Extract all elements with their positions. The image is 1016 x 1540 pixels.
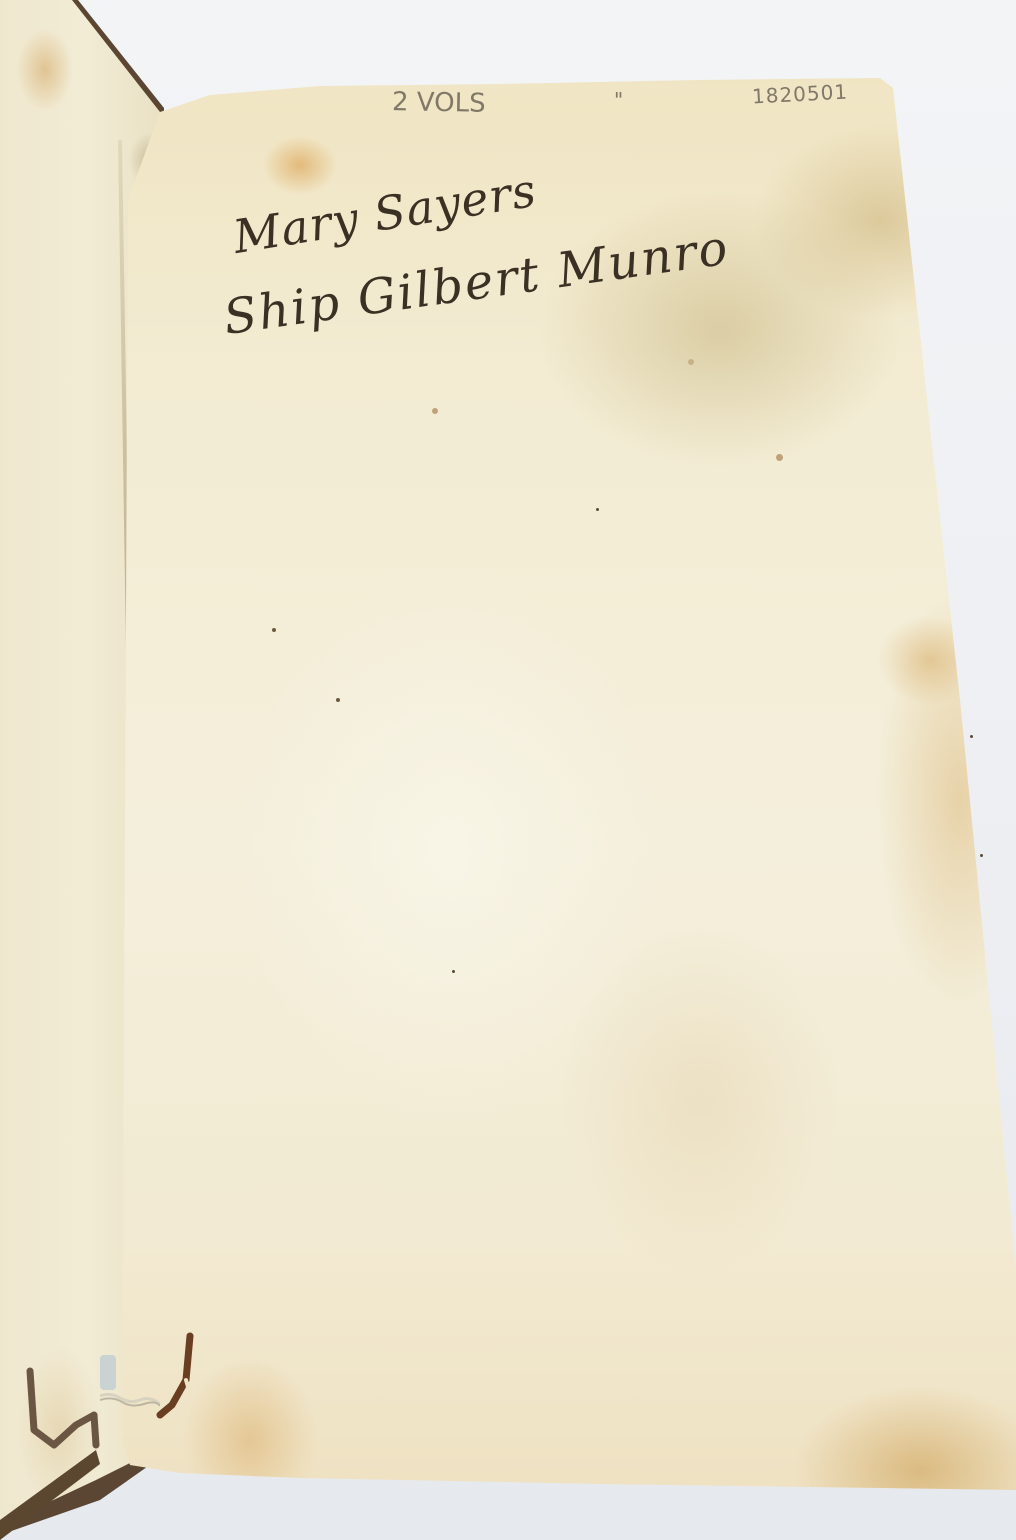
pencil-stock-number: 1820501 — [751, 80, 848, 109]
photo-scene: 2 VOLS " 1820501 Mary Sayers Ship Gilber… — [0, 0, 1016, 1540]
binding-thread-icon — [100, 1390, 160, 1410]
free-endpaper-page — [0, 0, 1016, 1540]
foxing-spot — [336, 698, 340, 702]
foxing-spot — [452, 970, 455, 973]
tear-mark-icon — [150, 1330, 200, 1430]
tear-mark-icon — [24, 1365, 104, 1455]
foxing-spot — [970, 735, 973, 738]
foxing-spot — [272, 628, 276, 632]
pencil-volume-note: 2 VOLS — [392, 87, 486, 119]
foxing-spot — [776, 454, 783, 461]
foxing-spot — [688, 359, 694, 365]
foxing-spot — [432, 408, 438, 414]
pencil-mark: " — [614, 88, 623, 112]
foxing-spot — [980, 854, 983, 857]
foxing-spot — [596, 508, 599, 511]
